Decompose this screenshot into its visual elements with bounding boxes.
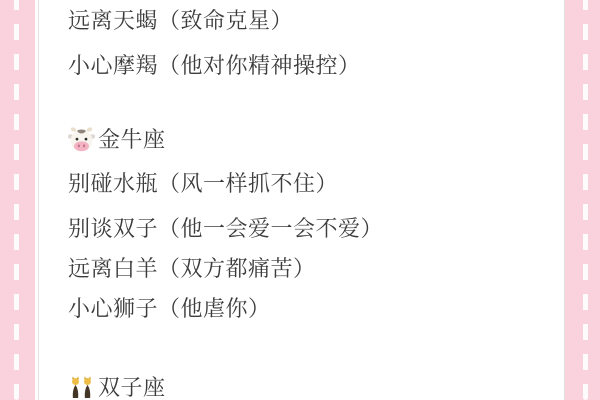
advice-line-aquarius: 别碰水瓶（风一样抓不住） — [68, 171, 338, 197]
advice-text: 别碰水瓶（风一样抓不住） — [68, 171, 338, 197]
left-stitch-dash-line — [14, 0, 19, 400]
advice-line-aries: 远离白羊（双方都痛苦） — [68, 256, 316, 282]
advice-text: 小心摩羯（他对你精神操控） — [68, 53, 361, 79]
advice-text: 远离天蝎（致命克星） — [68, 8, 293, 34]
cow-face-emoji — [68, 126, 95, 153]
zodiac-advice-note-page: { "page": { "type": "zodiac-advice-note"… — [0, 0, 600, 400]
advice-text: 别谈双子（他一会爱一会不爱） — [68, 216, 383, 242]
section-header-text: 金牛座 — [98, 127, 166, 153]
left-border-ribbon — [0, 0, 35, 400]
section-header-gemini: 双子座 — [68, 374, 166, 400]
right-border-ribbon — [565, 0, 600, 400]
section-header-taurus: 金牛座 — [68, 126, 166, 153]
advice-line-scorpio: 远离天蝎（致命克星） — [68, 8, 293, 34]
advice-line-gemini: 别谈双子（他一会爱一会不爱） — [68, 216, 383, 242]
advice-text: 远离白羊（双方都痛苦） — [68, 256, 316, 282]
dancing-twins-emoji — [68, 374, 95, 400]
advice-line-capricorn: 小心摩羯（他对你精神操控） — [68, 53, 361, 79]
advice-text: 小心狮子（他虐你） — [68, 296, 271, 322]
advice-line-leo: 小心狮子（他虐你） — [68, 296, 271, 322]
right-stitch-dash-line — [583, 0, 588, 400]
section-header-text: 双子座 — [98, 375, 166, 400]
